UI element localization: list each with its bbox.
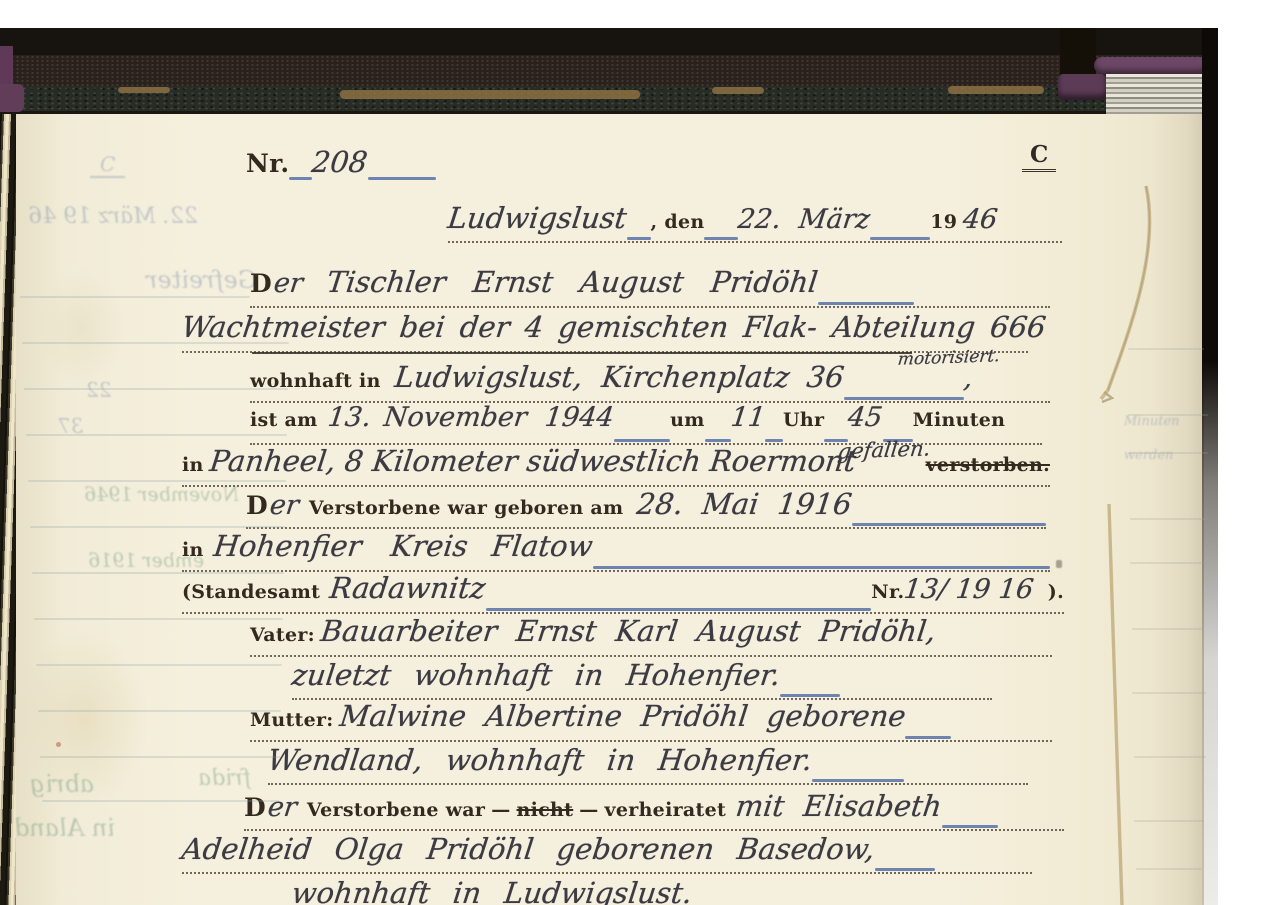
entry-number-line: Nr. 208 <box>246 145 436 181</box>
death-place-line: in Panheel, 8 Kilometer südwestlich Roer… <box>182 444 1050 487</box>
ghost-ruled-line <box>40 756 280 758</box>
ghost-ruled-line <box>1130 518 1206 520</box>
father-name: Bauarbeiter Ernst Karl August Pridöhl, <box>319 614 938 648</box>
residence-comma: , <box>962 363 974 394</box>
standesamt-line: (Standesamt Radawnitz Nr. 13/ 19 16 ). <box>182 571 1064 614</box>
hand-er: er <box>268 490 301 521</box>
hand-er: er <box>272 268 305 299</box>
ghost-ruled-line <box>1134 756 1206 758</box>
ghost-ruled-line <box>28 480 286 482</box>
photo-right-edge <box>1202 28 1218 905</box>
blue-ink-line <box>905 736 951 739</box>
blue-ink-line <box>818 302 914 305</box>
death-month: November <box>383 402 530 433</box>
cover-cloth-left <box>0 84 24 112</box>
marital-label: Verstorbene war <box>307 799 485 821</box>
dash: — <box>491 799 510 821</box>
death-day: 13. <box>326 402 373 433</box>
ghost-ruled-line <box>20 296 250 298</box>
marital-line-3: wohnhaft in Ludwigslust. <box>292 876 932 905</box>
military-unit: Wachtmeister bei der 4 gemischten Flak- … <box>180 310 1048 344</box>
standesamt-label: (Standesamt <box>182 581 320 603</box>
ghost-ruled-line <box>34 618 283 620</box>
in-label: in <box>182 539 204 561</box>
spine-cloth-roll <box>1094 57 1208 74</box>
blue-ink-line <box>942 825 998 828</box>
birth-date-line: D er Verstorbene war geboren am 28. Mai … <box>246 487 1046 529</box>
ghost-ruled-line <box>1128 452 1208 454</box>
uhr-label: Uhr <box>783 409 824 431</box>
issue-place: Ludwigslust <box>446 201 629 235</box>
blue-ink-line <box>627 237 651 240</box>
birth-place-line: in Hohenfier Kreis Flatow <box>182 529 1050 572</box>
military-unit-line: Wachtmeister bei der 4 gemischten Flak- … <box>182 310 1028 353</box>
spouse-hand-1: mit Elisabeth <box>734 789 944 823</box>
dash: — <box>579 799 598 821</box>
blue-ink-line <box>704 237 738 240</box>
ghost-ruled-line <box>1130 562 1208 564</box>
ghost-ruled-line <box>1128 414 1208 416</box>
birth-district-label: Kreis <box>389 529 470 563</box>
blue-ink-line <box>593 566 1050 569</box>
binding-gap <box>1060 28 1096 80</box>
blue-ink-line <box>780 694 840 697</box>
entry-number-value: 208 <box>310 145 370 179</box>
page-stack-edges <box>1106 74 1204 114</box>
ghost-ruled-line <box>1134 820 1204 822</box>
blue-ink-line <box>705 439 731 442</box>
death-place: Panheel, 8 Kilometer südwestlich Roermon… <box>208 444 858 478</box>
book-cover-fabric <box>0 55 1202 86</box>
blue-ink-line <box>875 868 935 871</box>
standesamt-value: Radawnitz <box>328 571 488 605</box>
birth-date: 28. Mai 1916 <box>635 487 854 521</box>
blue-ink-line <box>844 397 964 400</box>
death-hour: 11 <box>729 402 767 433</box>
deceased-name-line: D er Tischler Ernst August Pridöhl <box>250 265 1050 308</box>
register-class-letter: C <box>1022 141 1056 172</box>
hand-er: er <box>266 792 299 823</box>
ghost-ruled-line <box>42 800 279 802</box>
death-year: 1944 <box>543 402 616 433</box>
residence-value: Ludwigslust, Kirchenplatz <box>393 360 792 394</box>
ghost-ruled-line <box>36 664 282 666</box>
issue-month: März <box>798 204 873 235</box>
date-line: Ludwigslust , den 22. März 19 46 <box>448 201 1062 243</box>
mutter-label: Mutter: <box>250 709 334 731</box>
den-label: , den <box>651 211 705 233</box>
spouse-residence: wohnhaft in Ludwigslust. <box>290 876 694 905</box>
verstorben-label-struck: verstorben. <box>926 454 1050 476</box>
ghost-ruled-line <box>1136 868 1202 870</box>
mother-line-1: Mutter: Malwine Albertine Pridöhl gebore… <box>250 699 1052 742</box>
mother-name: Malwine Albertine Pridöhl geborene <box>338 699 908 733</box>
father-line-1: Vater: Bauarbeiter Ernst Karl August Pri… <box>250 614 1052 657</box>
leather-wear-mark <box>118 87 170 93</box>
ghost-ruled-line <box>38 710 281 712</box>
nicht-label-struck: nicht <box>517 799 574 821</box>
mother-line-2: Wendland, wohnhaft in Hohenfier. <box>268 743 1028 785</box>
ghost-ruled-line <box>24 388 288 390</box>
um-label: um <box>670 409 705 431</box>
blue-ink-line <box>486 608 872 611</box>
blue-ink-line <box>765 439 783 442</box>
birth-district: Flatow <box>490 529 595 563</box>
spine-cloth-roll <box>1058 74 1106 100</box>
leather-wear-mark <box>948 86 1044 94</box>
father-line-2: zuletzt wohnhaft in Hohenfier. <box>292 658 992 700</box>
reg-nr-value: 13/ 19 16 <box>903 574 1036 605</box>
year-printed: 19 <box>930 211 957 233</box>
ghost-ruled-line <box>22 342 289 344</box>
birth-place: Hohenfier <box>212 529 364 563</box>
issue-day: 22. <box>737 204 784 235</box>
in-label: in <box>182 454 204 476</box>
nr-label: Nr. <box>246 149 289 178</box>
residence-number: 36 <box>805 360 846 394</box>
reg-nr-label: Nr. <box>871 581 904 603</box>
verheiratet-label: verheiratet <box>605 799 727 821</box>
ghost-ruled-line <box>32 572 284 574</box>
book-top-shadow <box>0 28 1218 55</box>
printed-D: D <box>246 491 268 520</box>
blue-ink-line <box>614 439 670 442</box>
ghost-ruled-line <box>1132 692 1206 694</box>
mother-residence: Wendland, wohnhaft in Hohenfier. <box>266 743 814 777</box>
father-residence: zuletzt wohnhaft in Hohenfier. <box>290 658 782 692</box>
marital-line-1: D er Verstorbene war — nicht — verheirat… <box>244 789 1064 831</box>
ghost-ruled-line <box>1128 348 1204 350</box>
spouse-name: Adelheid Olga Pridöhl geborenen Basedow, <box>180 832 877 866</box>
residence-line: wohnhaft in Ludwigslust, Kirchenplatz 36… <box>250 360 1050 403</box>
blue-ink-line <box>368 177 436 180</box>
leather-wear-mark <box>712 87 764 94</box>
blue-ink-line <box>852 523 1046 526</box>
paren-close: ). <box>1048 581 1064 603</box>
scanned-death-register-page: C 22. März 19 46 Gefreiter 22 37 Minuten… <box>0 0 1280 905</box>
page-fore-edge <box>0 114 16 905</box>
ghost-ruled-line <box>26 434 287 436</box>
minuten-label: Minuten <box>913 409 1006 431</box>
printed-D: D <box>250 269 272 298</box>
death-minute: 45 <box>846 402 884 433</box>
page-shadow <box>1150 114 1204 905</box>
vater-label: Vater: <box>250 624 315 646</box>
marital-line-2: Adelheid Olga Pridöhl geborenen Basedow, <box>182 832 1032 874</box>
born-label: Verstorbene war geboren am <box>309 497 624 519</box>
leather-wear-mark <box>340 90 640 99</box>
ist-am-label: ist am <box>250 409 318 431</box>
issue-year: 46 <box>961 204 999 235</box>
blue-ink-line <box>812 779 904 782</box>
paper-speck <box>1056 560 1062 568</box>
ghost-ruled-line <box>1132 628 1204 630</box>
blue-ink-line <box>870 237 930 240</box>
printed-D: D <box>244 793 266 822</box>
blue-ink-line <box>289 177 312 180</box>
deceased-occupation-name: Tischler Ernst August Pridöhl <box>325 265 820 299</box>
printed-rule <box>252 352 912 354</box>
ghost-ruled-line <box>30 526 285 528</box>
